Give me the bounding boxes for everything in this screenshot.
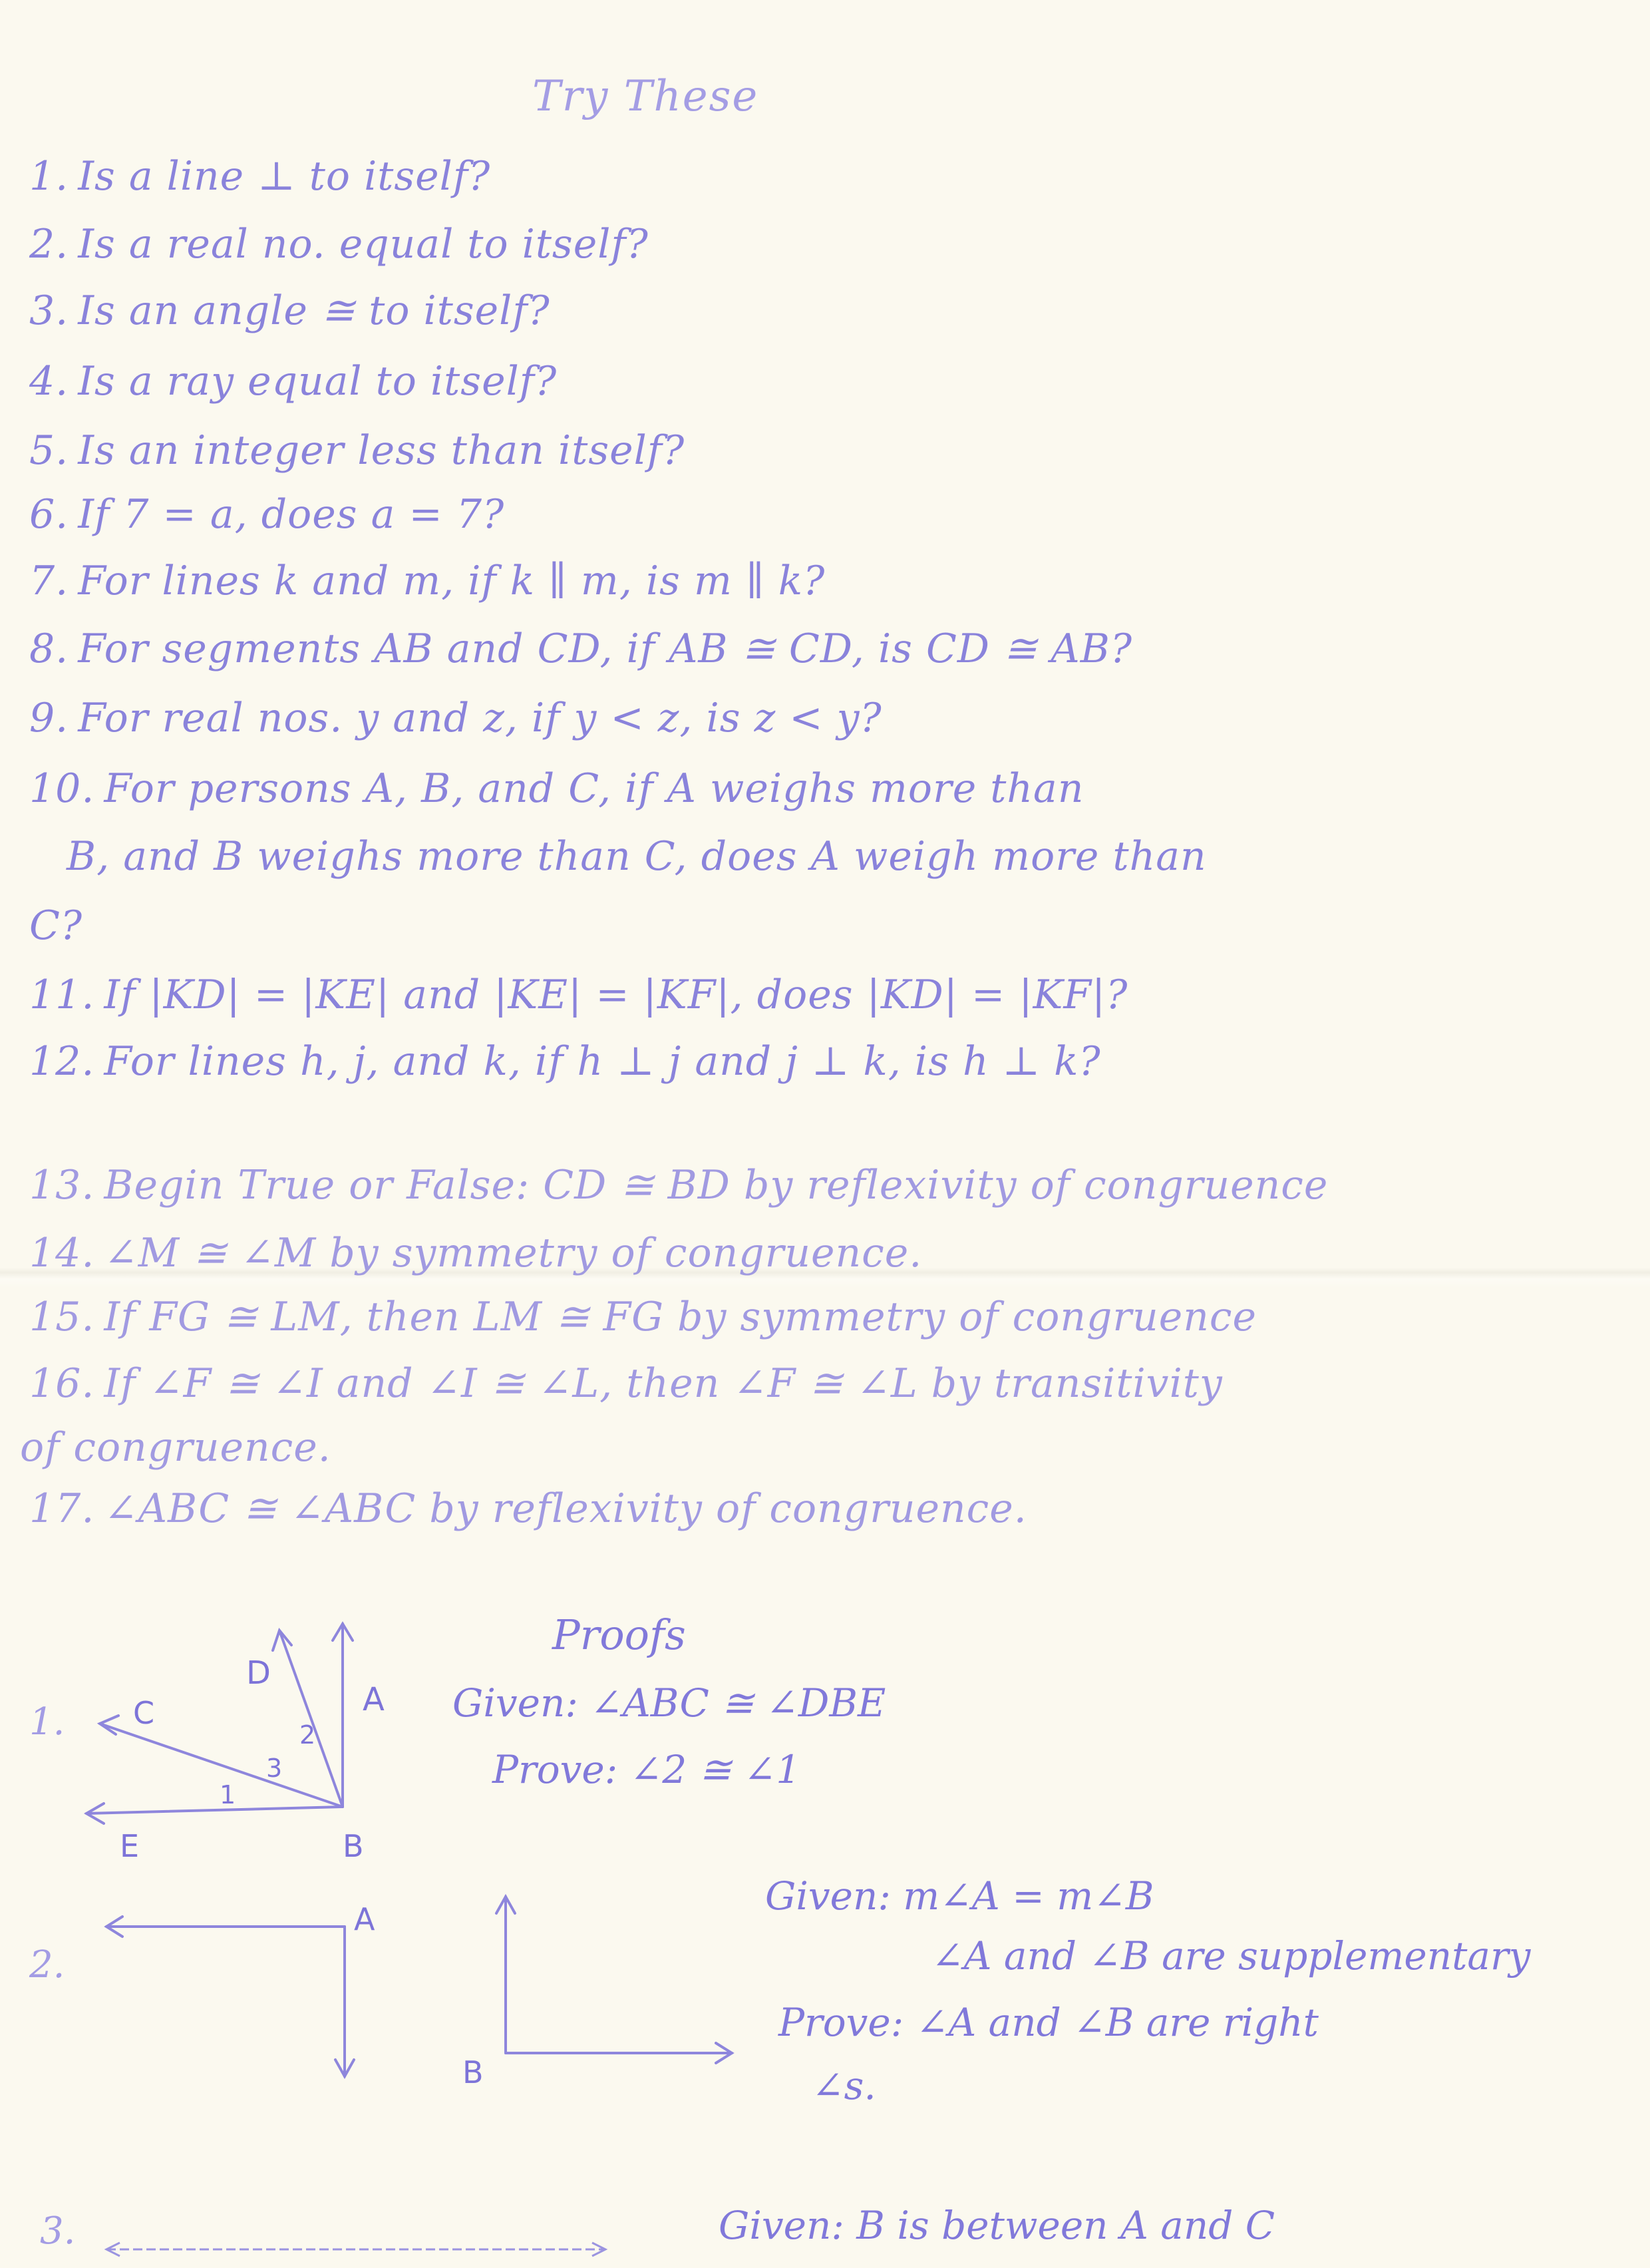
exercise-1: 1.Is a line ⊥ to itself? [29,153,490,200]
page-title: Try These [532,72,758,121]
proof-3-line-diagram [100,2236,619,2263]
exercise-number: 17. [29,1485,94,1532]
exercise-text: Is a line ⊥ to itself? [78,153,490,200]
proof-3-given: Given: B is between A and C [719,2203,1275,2248]
proof-2-prove: Prove: ∠A and ∠B are right [778,2000,1319,2045]
exercise-number: 4. [29,358,69,405]
proof-1-prove: Prove: ∠2 ≅ ∠1 [492,1747,800,1792]
exercise-9: 9.For real nos. y and z, if y < z, is z … [29,695,882,741]
exercise-text: C? [29,902,82,949]
proofs-heading: Proofs [552,1610,686,1659]
exercise-11: 11.If |KD| = |KE| and |KE| = |KF|, does … [29,972,1128,1018]
label-A: A [363,1681,385,1718]
exercise-10-cont2: C? [29,902,82,949]
label-B: B [462,2054,484,2090]
exercise-16: 16.If ∠F ≅ ∠I and ∠I ≅ ∠L, then ∠F ≅ ∠L … [29,1360,1223,1407]
exercise-number: 15. [29,1294,94,1340]
exercise-number: 11. [29,972,94,1018]
exercise-number: 2. [29,221,69,268]
exercise-4: 4.Is a ray equal to itself? [29,358,557,405]
proof-2-given-2: ∠A and ∠B are supplementary [931,1933,1530,1979]
exercise-16-cont: of congruence. [20,1424,331,1471]
exercise-12: 12.For lines h, j, and k, if h ⊥ j and j… [29,1038,1101,1085]
exercise-number: 8. [29,626,69,672]
proof-1-number: 1. [29,1700,65,1744]
exercise-number: 13. [29,1162,94,1209]
exercise-2: 2.Is a real no. equal to itself? [29,221,649,268]
proof-3-number: 3. [40,2209,75,2253]
proof-2-given: Given: m∠A = m∠B [765,1873,1154,1919]
exercise-text: If 7 = a, does a = 7? [78,491,504,538]
exercise-15: 15.If FG ≅ LM, then LM ≅ FG by symmetry … [29,1294,1257,1340]
exercise-text: For lines h, j, and k, if h ⊥ j and j ⊥ … [104,1038,1100,1085]
exercise-10-cont: B, and B weighs more than C, does A weig… [67,833,1207,880]
exercise-17: 17.∠ABC ≅ ∠ABC by reflexivity of congrue… [29,1485,1027,1532]
exercise-13: 13.Begin True or False: CD ≅ BD by refle… [29,1162,1328,1209]
proof-2-number: 2. [29,1943,65,1986]
exercise-text: of congruence. [20,1424,331,1471]
proof-1-angle-diagram: A D C E B 2 3 1 [80,1610,426,1863]
exercise-text: Is an angle ≅ to itself? [78,287,550,334]
exercise-8: 8.For segments AB and CD, if AB ≅ CD, is… [29,626,1132,672]
exercise-number: 1. [29,153,69,200]
exercise-text: For persons A, B, and C, if A weighs mor… [104,765,1084,812]
angle-2-label: 2 [299,1720,315,1750]
exercise-text: For real nos. y and z, if y < z, is z < … [78,695,882,741]
label-E: E [120,1828,139,1864]
exercise-text: ∠M ≅ ∠M by symmetry of congruence. [104,1230,922,1276]
exercise-number: 6. [29,491,69,538]
exercise-number: 9. [29,695,69,741]
angle-1-label: 1 [220,1780,236,1809]
exercise-text: For lines k and m, if k ∥ m, is m ∥ k? [78,558,825,604]
label-B: B [343,1828,364,1864]
exercise-number: 14. [29,1230,94,1276]
exercise-text: Is an integer less than itself? [78,427,685,474]
proof-2-prove-2: ∠s. [812,2063,876,2108]
exercise-3: 3.Is an angle ≅ to itself? [29,287,550,334]
exercise-6: 6.If 7 = a, does a = 7? [29,491,504,538]
label-D: D [246,1654,271,1692]
exercise-number: 3. [29,287,69,334]
exercise-text: B, and B weighs more than C, does A weig… [67,833,1207,880]
exercise-number: 12. [29,1038,94,1085]
exercise-number: 7. [29,558,69,604]
exercise-10: 10.For persons A, B, and C, if A weighs … [29,765,1084,812]
label-C: C [133,1695,154,1731]
label-A: A [354,1901,375,1937]
exercise-text: Is a real no. equal to itself? [78,221,649,268]
exercise-7: 7.For lines k and m, if k ∥ m, is m ∥ k? [29,558,825,604]
exercise-text: For segments AB and CD, if AB ≅ CD, is C… [78,626,1132,672]
exercise-number: 5. [29,427,69,474]
proof-1-given: Given: ∠ABC ≅ ∠DBE [452,1680,886,1726]
exercise-text: Is a ray equal to itself? [78,358,557,405]
exercise-text: ∠ABC ≅ ∠ABC by reflexivity of congruence… [104,1485,1027,1532]
exercise-number: 16. [29,1360,94,1407]
angle-3-label: 3 [266,1754,282,1783]
exercise-5: 5.Is an integer less than itself? [29,427,685,474]
exercise-text: If FG ≅ LM, then LM ≅ FG by symmetry of … [104,1294,1257,1340]
proof-2-angle-diagram: A B [93,1877,745,2096]
exercise-text: If ∠F ≅ ∠I and ∠I ≅ ∠L, then ∠F ≅ ∠L by … [104,1360,1222,1407]
exercise-text: Begin True or False: CD ≅ BD by reflexiv… [104,1162,1328,1209]
exercise-number: 10. [29,765,94,812]
exercise-14: 14.∠M ≅ ∠M by symmetry of congruence. [29,1230,922,1276]
exercise-text: If |KD| = |KE| and |KE| = |KF|, does |KD… [104,972,1128,1018]
